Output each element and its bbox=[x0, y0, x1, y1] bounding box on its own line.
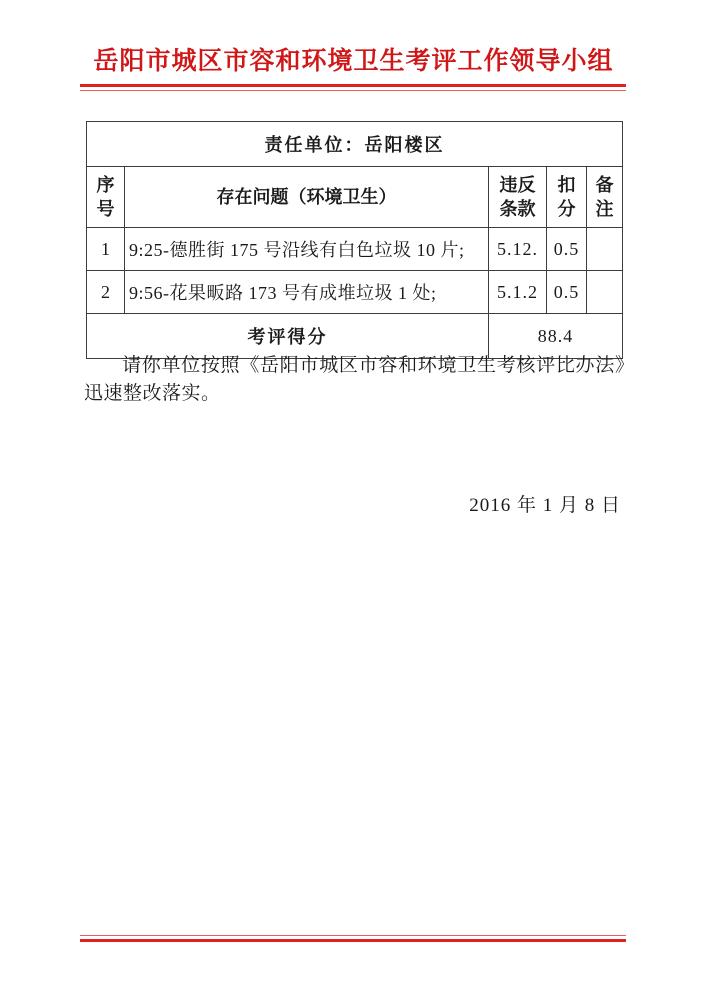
cell-remark bbox=[587, 228, 623, 271]
header-problem: 存在问题（环境卫生） bbox=[125, 167, 489, 228]
cell-problem: 9:25-德胜街 175 号沿线有白色垃圾 10 片; bbox=[125, 228, 489, 271]
cell-violated-clause: 5.12. bbox=[489, 228, 547, 271]
responsible-unit-row: 责任单位：岳阳楼区 bbox=[87, 122, 623, 167]
notice-paragraph: 请你单位按照《岳阳市城区市容和环境卫生考核评比办法》迅速整改落实。 bbox=[84, 352, 625, 408]
letterhead-divider bbox=[80, 84, 626, 91]
divider-thin-line bbox=[80, 935, 626, 936]
assessment-table: 责任单位：岳阳楼区 序号 存在问题（环境卫生） 违反条款 扣分 备注 1 9:2… bbox=[86, 121, 623, 359]
header-deduction: 扣分 bbox=[547, 167, 587, 228]
document-page: 岳阳市城区市容和环境卫生考评工作领导小组 责任单位：岳阳楼区 序号 存在问题（环… bbox=[0, 0, 707, 999]
document-date: 2016 年 1 月 8 日 bbox=[0, 490, 621, 517]
table-row: 2 9:56-花果畈路 173 号有成堆垃圾 1 处; 5.1.2 0.5 bbox=[87, 271, 623, 314]
table-header-row: 序号 存在问题（环境卫生） 违反条款 扣分 备注 bbox=[87, 167, 623, 228]
cell-serial-number: 2 bbox=[87, 271, 125, 314]
header-serial-number: 序号 bbox=[87, 167, 125, 228]
cell-problem: 9:56-花果畈路 173 号有成堆垃圾 1 处; bbox=[125, 271, 489, 314]
table-row: 1 9:25-德胜街 175 号沿线有白色垃圾 10 片; 5.12. 0.5 bbox=[87, 228, 623, 271]
cell-deduction: 0.5 bbox=[547, 228, 587, 271]
divider-thick-line bbox=[80, 939, 626, 942]
cell-remark bbox=[587, 271, 623, 314]
cell-serial-number: 1 bbox=[87, 228, 125, 271]
cell-deduction: 0.5 bbox=[547, 271, 587, 314]
cell-violated-clause: 5.1.2 bbox=[489, 271, 547, 314]
letterhead-title: 岳阳市城区市容和环境卫生考评工作领导小组 bbox=[0, 46, 707, 78]
header-violated-clause: 违反条款 bbox=[489, 167, 547, 228]
header-remark: 备注 bbox=[587, 167, 623, 228]
divider-thick-line bbox=[80, 84, 626, 87]
responsible-unit-cell: 责任单位：岳阳楼区 bbox=[87, 122, 623, 167]
footer-divider bbox=[80, 935, 626, 942]
divider-thin-line bbox=[80, 90, 626, 91]
